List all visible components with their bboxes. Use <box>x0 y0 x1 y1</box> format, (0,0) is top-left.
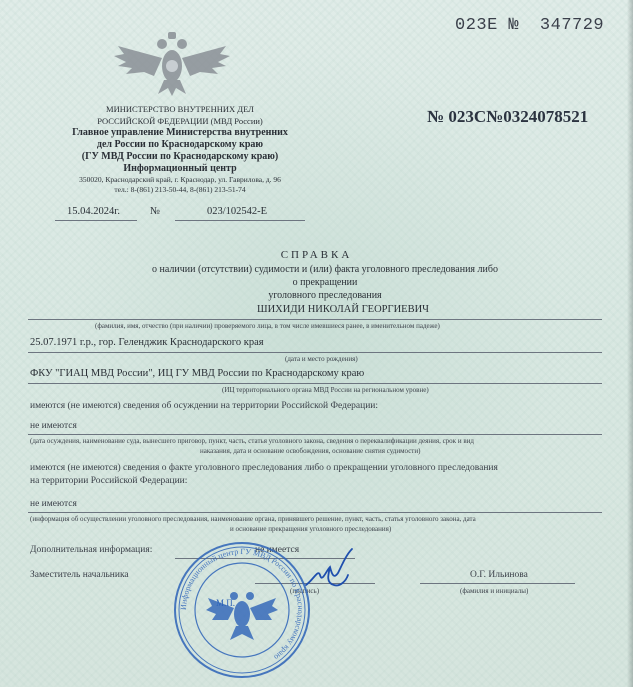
convictions-caption: наказания, дата и основание освобождения… <box>200 447 420 455</box>
person-name: ШИХИДИ НИКОЛАЙ ГЕОРГИЕВИЧ <box>257 304 429 315</box>
convictions-value: не имеются <box>30 421 77 431</box>
issuer-line: дел России по Краснодарскому краю <box>30 139 330 151</box>
signatory-title: Заместитель начальника <box>30 570 129 580</box>
stamp-mp-text: М.П. <box>216 598 235 608</box>
double-headed-eagle-icon <box>110 28 235 98</box>
issuer-line: РОССИЙСКОЙ ФЕДЕРАЦИИ (МВД России) <box>30 116 330 128</box>
serial-series: 023Е <box>455 16 498 35</box>
convictions-label: имеются (не имеются) сведения об осужден… <box>30 401 378 411</box>
signatory-caption: (фамилия и инициалы) <box>460 587 528 595</box>
serial-number-sign: № <box>509 16 520 35</box>
additional-info-label: Дополнительная информация: <box>30 545 152 555</box>
information-center: ФКУ "ГИАЦ МВД России", ИЦ ГУ МВД России … <box>30 368 364 379</box>
prosecution-value: не имеются <box>30 499 77 509</box>
issuer-block: МИНИСТЕРСТВО ВНУТРЕННИХ ДЕЛ РОССИЙСКОЙ Ф… <box>30 104 330 195</box>
criminal-record-certificate: 023Е № 347729 МИНИСТЕРСТВО ВНУТРЕННИХ ДЕ… <box>0 0 633 687</box>
issuer-phones: тел.: 8-(861) 213-50-44, 8-(861) 213-51-… <box>30 185 330 195</box>
birth-info: 25.07.1971 г.р., гор. Геленджик Краснода… <box>30 337 264 348</box>
issuer-address: 350020, Краснодарский край, г. Краснодар… <box>30 175 330 185</box>
page-edge-shadow <box>627 0 633 687</box>
signature-icon <box>300 545 360 595</box>
issue-date: 15.04.2024г. <box>67 206 120 217</box>
person-name-caption: (фамилия, имя, отчество (при наличии) пр… <box>95 322 440 330</box>
signatory-name: О.Г. Ильинова <box>470 570 528 580</box>
prosecution-caption: и основание прекращения уголовного пресл… <box>230 525 391 533</box>
convictions-caption: (дата осуждения, наименование суда, выне… <box>30 437 474 445</box>
issuer-line: МИНИСТЕРСТВО ВНУТРЕННИХ ДЕЛ <box>30 104 330 116</box>
subtitle-line: о наличии (отсутствии) судимости и (или)… <box>150 263 500 289</box>
center-caption: (ИЦ территориального органа МВД России н… <box>222 386 429 394</box>
reg-number: 023/102542-Е <box>207 206 267 217</box>
issuer-line: (ГУ МВД России по Краснодарскому краю) <box>30 151 330 163</box>
prosecution-label: на территории Российской Федерации: <box>30 476 187 486</box>
birth-caption: (дата и место рождения) <box>285 355 358 363</box>
document-title: СПРАВКА <box>0 249 633 261</box>
issuer-line: Информационный центр <box>30 163 330 175</box>
document-subtitle: о наличии (отсутствии) судимости и (или)… <box>150 263 500 302</box>
subtitle-line: уголовного преследования <box>150 289 500 302</box>
blank-number: № 023С№0324078521 <box>427 107 588 127</box>
issuer-line: Главное управление Министерства внутренн… <box>30 127 330 139</box>
official-stamp-icon: Информационный центр ГУ МВД России по Кр… <box>172 540 312 680</box>
reg-number-sign: № <box>150 206 160 217</box>
serial-number-value: 347729 <box>540 16 604 35</box>
prosecution-caption: (информация об осуществлении уголовного … <box>30 515 476 523</box>
serial-number: 023Е № 347729 <box>455 16 604 35</box>
prosecution-label: имеются (не имеются) сведения о факте уг… <box>30 463 498 473</box>
